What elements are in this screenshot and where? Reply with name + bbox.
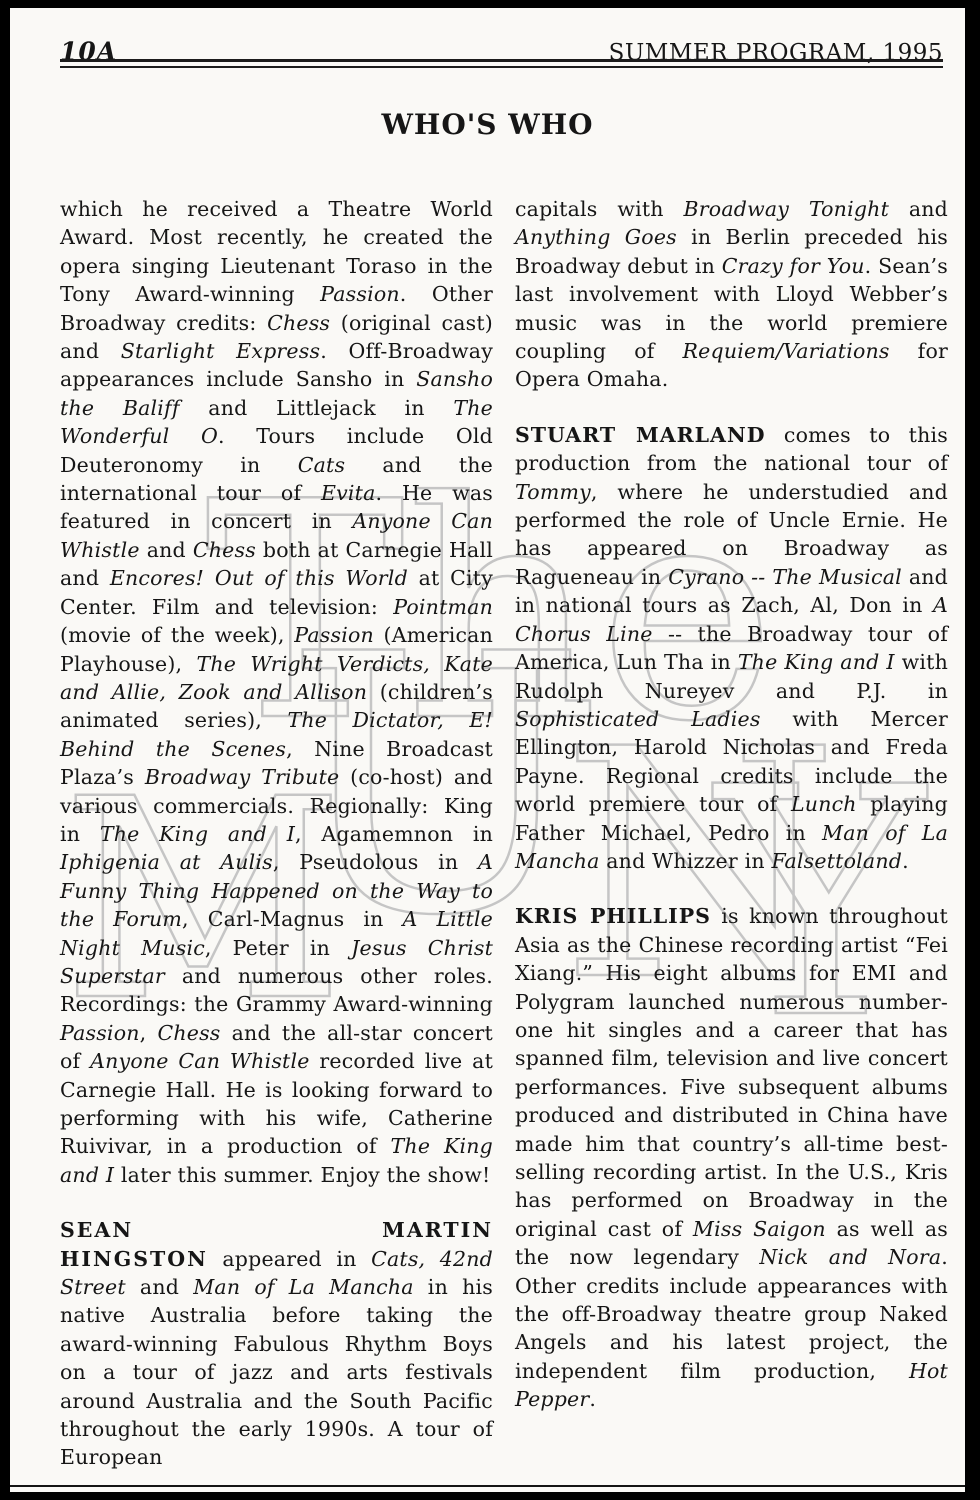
bio-text: Requiem/Variations xyxy=(683,339,890,363)
bio-text: Passion xyxy=(294,623,374,647)
bio-text: and xyxy=(126,1275,193,1299)
bio-text: Man of La Mancha xyxy=(193,1275,413,1299)
bio-text: Anyone Can Whistle xyxy=(90,1049,309,1073)
bio-text: Evita xyxy=(321,481,376,505)
scanned-program-page: The M U N Y 10A SUMMER PROGRAM, 1995 WHO… xyxy=(0,0,980,1500)
bio-text: and xyxy=(889,197,948,221)
bio-text: Cats xyxy=(298,453,345,477)
header-rule xyxy=(60,59,943,72)
bio-text: Chess xyxy=(193,538,256,562)
page: The M U N Y 10A SUMMER PROGRAM, 1995 WHO… xyxy=(10,8,965,1492)
bio-text: Encores! Out of this World xyxy=(110,566,408,590)
bio-text: in his native Australia before taking th… xyxy=(60,1275,493,1469)
bio-text: Nick and Nora xyxy=(759,1245,941,1269)
bio-text: Tommy xyxy=(515,480,591,504)
bio-name: KRIS PHILLIPS xyxy=(515,904,711,928)
bio-text: , Peter in xyxy=(205,936,351,960)
bio-text: Crazy for You xyxy=(722,254,865,278)
bio-text: Lunch xyxy=(791,792,857,816)
bio-text: Passion xyxy=(60,1021,140,1045)
bio-text: , Agamemnon in xyxy=(295,822,493,846)
bio-text: capitals with xyxy=(515,197,684,221)
bio-text: . xyxy=(902,849,909,873)
bio-text: The King and I xyxy=(738,650,895,674)
header-rule-top xyxy=(60,59,943,62)
column-left: which he received a Theatre World Award.… xyxy=(60,195,493,1499)
bio-paragraph: capitals with Broadway Tonight and Anyth… xyxy=(515,195,948,394)
bio-text: , Carl-Magnus in xyxy=(182,907,402,931)
bio-paragraph: which he received a Theatre World Award.… xyxy=(60,195,493,1189)
bio-text: is known throughout Asia as the Chinese … xyxy=(515,904,948,1240)
bio-text: and Whizzer in xyxy=(600,849,772,873)
bio-text: , Pseudolous in xyxy=(273,850,478,874)
bio-text: Cyrano -- The Musical xyxy=(668,565,902,589)
page-title: WHO'S WHO xyxy=(10,108,965,141)
bio-text: Sophisticated Ladies xyxy=(515,707,761,731)
bio-text: Anything Goes xyxy=(515,225,677,249)
bio-text: later this summer. Enjoy the show! xyxy=(114,1163,490,1187)
bio-text: . xyxy=(589,1387,596,1411)
bio-text: Broadway Tribute xyxy=(145,765,339,789)
bio-name: STUART MARLAND xyxy=(515,423,765,447)
bio-text: Pointman xyxy=(393,595,493,619)
bio-text: and xyxy=(140,538,193,562)
bio-text: Broadway Tonight xyxy=(684,197,889,221)
bio-paragraph: KRIS PHILLIPS is known throughout Asia a… xyxy=(515,902,948,1413)
bio-text: (movie of the week), xyxy=(60,623,294,647)
bio-text: Chess xyxy=(267,311,330,335)
bio-paragraph: STUART MARLAND comes to this production … xyxy=(515,421,948,876)
bio-text: Starlight Express xyxy=(121,339,320,363)
bio-text: Miss Saigon xyxy=(693,1217,826,1241)
bio-text: Passion xyxy=(320,282,400,306)
header-rule-bottom xyxy=(60,66,943,68)
bio-text: Falsettoland xyxy=(771,849,902,873)
bio-paragraph: SEAN MARTIN HINGSTON appeared in Cats, 4… xyxy=(60,1216,493,1472)
bio-text: Chess xyxy=(157,1021,220,1045)
bio-text: and Littlejack in xyxy=(180,396,454,420)
bio-text: The King and I xyxy=(100,822,295,846)
bio-text: , xyxy=(140,1021,158,1045)
column-right: capitals with Broadway Tonight and Anyth… xyxy=(515,195,948,1441)
bio-text: Iphigenia at Aulis xyxy=(60,850,273,874)
bio-text: appeared in xyxy=(208,1247,371,1271)
